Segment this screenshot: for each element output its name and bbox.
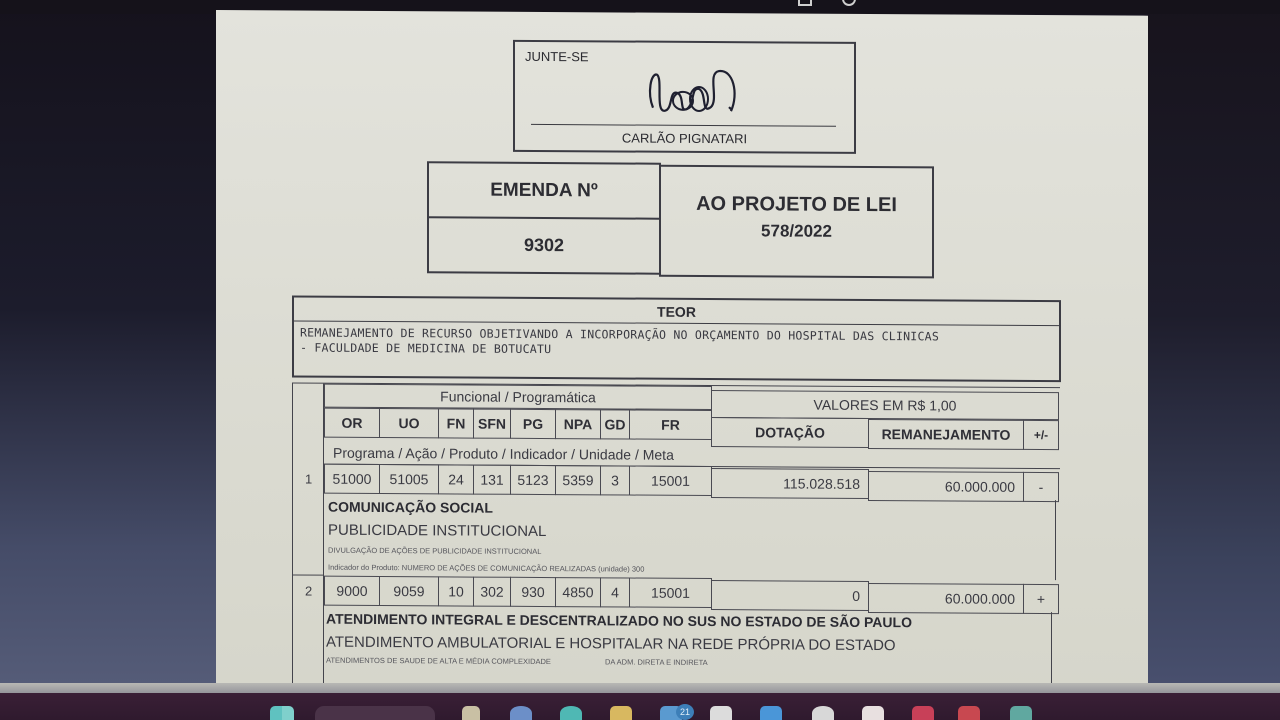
row-1-uo: 51005 <box>379 464 439 494</box>
edge-icon[interactable] <box>510 706 532 720</box>
row-2-remanejamento: 60.000.000 <box>868 583 1024 614</box>
browser-icon[interactable] <box>560 706 582 720</box>
row-1-fr: 15001 <box>629 466 712 497</box>
row-1-acao: PUBLICIDADE INSTITUCIONAL <box>328 522 546 540</box>
emenda-label: EMENDA Nº <box>429 163 659 219</box>
funcional-header: Funcional / Programática <box>324 384 712 410</box>
emenda-number: 9302 <box>429 218 659 272</box>
col-fr: FR <box>629 410 712 441</box>
row-1-remanejamento: 60.000.000 <box>868 471 1024 502</box>
terminal-icon[interactable] <box>1010 706 1032 720</box>
row-2-produto: ATENDIMENTOS DE SAUDE DE ALTA E MÉDIA CO… <box>326 656 551 666</box>
col-npa: NPA <box>555 409 601 439</box>
row-2-acao: ATENDIMENTO AMBULATORIAL E HOSPITALAR NA… <box>326 634 896 654</box>
row-1-index: 1 <box>305 472 312 487</box>
taskbar-search[interactable] <box>315 706 435 720</box>
row-2-pg: 930 <box>510 577 556 607</box>
budget-table: Funcional / Programática VALORES EM R$ 1… <box>292 382 1060 697</box>
subheader-programa: Programa / Ação / Produto / Indicador / … <box>333 445 674 463</box>
notification-badge: 21 <box>676 704 694 720</box>
media-icon[interactable] <box>958 706 980 720</box>
row-2-or: 9000 <box>324 576 380 606</box>
row-1-dotacao: 115.028.518 <box>711 468 869 499</box>
row-1-pg: 5123 <box>510 465 556 495</box>
row-2-produto-extra: DA ADM. DIRETA E INDIRETA <box>605 657 708 667</box>
teor-box: TEOR REMANEJAMENTO DE RECURSO OBJETIVAND… <box>292 295 1061 382</box>
row-1-indicador: Indicador do Produto: NUMERO DE AÇÕES DE… <box>328 563 644 574</box>
row-2-fn: 10 <box>438 576 474 606</box>
row-2-sfn: 302 <box>473 577 511 607</box>
signature-line <box>531 124 836 127</box>
print-icon[interactable] <box>798 0 812 6</box>
app-icon[interactable] <box>710 706 732 720</box>
teor-header: TEOR <box>294 297 1059 326</box>
row-1-programa: COMUNICAÇÃO SOCIAL <box>328 499 493 516</box>
row-2-fr: 15001 <box>629 578 712 609</box>
folder-icon[interactable] <box>610 706 632 720</box>
mail-icon[interactable] <box>760 706 782 720</box>
emenda-box: EMENDA Nº 9302 <box>427 161 661 274</box>
junte-se-box: JUNTE-SE CARLÃO PIGNATARI <box>513 40 856 154</box>
row-2-programa: ATENDIMENTO INTEGRAL E DESCENTRALIZADO N… <box>326 611 912 631</box>
row-1-or: 51000 <box>324 464 380 494</box>
projeto-number: 578/2022 <box>661 221 932 243</box>
taskbar <box>0 693 1280 720</box>
signer-name: CARLÃO PIGNATARI <box>515 130 854 147</box>
projeto-label: AO PROJETO DE LEI <box>661 193 932 218</box>
signature-image <box>643 63 743 126</box>
teor-line-2: - FACULDADE DE MEDICINA DE BOTUCATU <box>300 341 551 357</box>
start-menu-icon[interactable] <box>270 706 294 720</box>
row-2-gd: 4 <box>600 577 630 607</box>
chrome-icon[interactable] <box>812 706 834 720</box>
valores-header: VALORES EM R$ 1,00 <box>711 390 1059 420</box>
row-1-sign: - <box>1023 472 1059 502</box>
row-1-right-border <box>1055 500 1056 580</box>
desktop-background-left <box>0 0 216 685</box>
junte-label: JUNTE-SE <box>525 49 589 64</box>
desktop-background-right <box>1148 0 1280 700</box>
row-2-dotacao: 0 <box>711 580 869 611</box>
row-1-sfn: 131 <box>473 465 511 495</box>
rotate-icon[interactable] <box>842 0 856 6</box>
col-sfn: SFN <box>473 409 511 439</box>
projeto-box: AO PROJETO DE LEI 578/2022 <box>659 165 934 279</box>
col-pg: PG <box>510 409 556 439</box>
row-1-npa: 5359 <box>555 465 601 495</box>
col-or: OR <box>324 408 380 438</box>
row-1-produto: DIVULGAÇÃO DE AÇÕES DE PUBLICIDADE INSTI… <box>328 546 541 556</box>
document-page: JUNTE-SE CARLÃO PIGNATARI EMENDA Nº 9302… <box>216 10 1148 692</box>
col-sign: +/- <box>1023 420 1059 450</box>
task-view-icon[interactable] <box>462 706 480 720</box>
row-2-npa: 4850 <box>555 577 601 607</box>
row-2-index: 2 <box>305 584 312 599</box>
col-fn: FN <box>438 408 474 438</box>
row-1-gd: 3 <box>600 465 630 495</box>
calendar-icon[interactable] <box>862 706 884 720</box>
row-divider <box>293 574 324 575</box>
row-1-fn: 24 <box>438 464 474 494</box>
col-dotacao: DOTAÇÃO <box>711 417 869 448</box>
col-gd: GD <box>600 409 630 439</box>
col-remanejamento: REMANEJAMENTO <box>868 419 1024 450</box>
col-uo: UO <box>379 408 439 438</box>
row-2-sign: + <box>1023 584 1059 614</box>
pdf-reader-icon[interactable] <box>912 706 934 720</box>
row-2-uo: 9059 <box>379 576 439 606</box>
teor-text: REMANEJAMENTO DE RECURSO OBJETIVANDO A I… <box>300 326 1053 361</box>
